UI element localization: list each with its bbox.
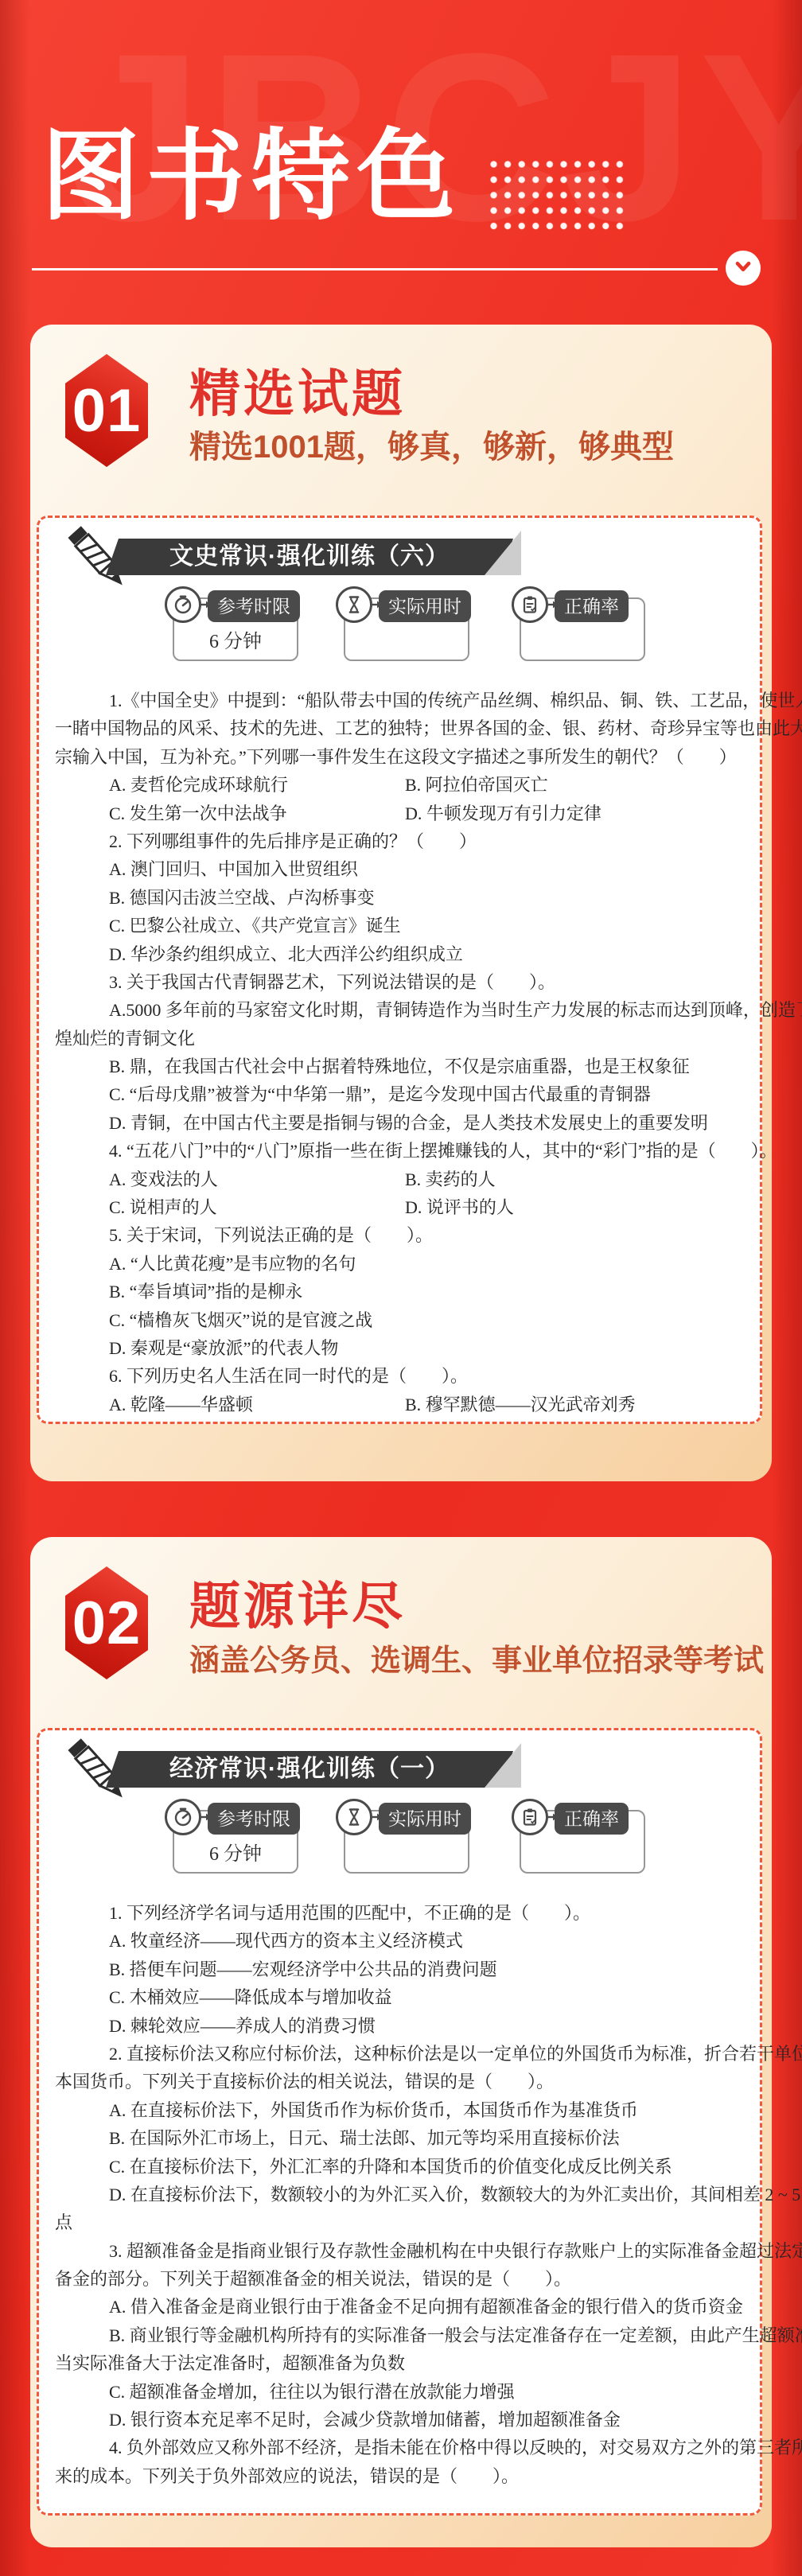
option-col-b: D. 牛顿发现万有引力定律 <box>405 800 601 827</box>
hourglass-icon <box>336 586 372 623</box>
option-col-b: B. 穆罕默德——汉光武帝刘秀 <box>405 1391 636 1418</box>
section-subtitle: 涵盖公务员、选调生、事业单位招录等考试 <box>189 1636 764 1679</box>
question-line: D. 青铜，在中国古代主要是指铜与锡的合金，是人类技术发展史上的重要发明 <box>55 1109 755 1137</box>
question-line: D. 银行资本充足率不足时，会减少贷款增加储蓄，增加超额准备金 <box>55 2406 755 2434</box>
question-line: B. 商业银行等金融机构所持有的实际准备一般会与法定准备存在一定差额，由此产生超… <box>55 2321 755 2349</box>
question-line: 来的成本。下列关于负外部效应的说法，错误的是（ ）。 <box>55 2462 755 2490</box>
question-line: A. 在直接标价法下，外国货币作为标价货币，本国货币作为基准货币 <box>55 2096 755 2124</box>
option-col-a: C. 说相声的人 <box>109 1197 217 1217</box>
timer-icon <box>165 1799 201 1835</box>
question-line: 备金的部分。下列关于超额准备金的相关说法，错误的是（ ）。 <box>55 2265 755 2293</box>
paper-banner-title: 经济常识·强化训练（一） <box>106 1751 513 1788</box>
question-line: A.5000 多年前的马家窑文化时期，青铜铸造作为当时生产力发展的标志而达到顶峰… <box>55 996 755 1024</box>
metric-accuracy: 正确率 <box>520 1810 645 1874</box>
question-line: B. 德国闪击波兰空战、卢沟桥事变 <box>55 884 755 912</box>
question-line: 6. 下列历史名人生活在同一时代的是（ ）。 <box>55 1362 755 1390</box>
question-line: D. 华沙条约组织成立、北大西洋公约组织成立 <box>55 940 755 968</box>
metric-accuracy: 正确率 <box>520 597 645 661</box>
section-title: 精选试题 <box>189 353 406 426</box>
question-line: A. 澳门回归、中国加入世贸组织 <box>55 855 755 883</box>
question-line: D. 棘轮效应——养成人的消费习惯 <box>55 2012 755 2040</box>
option-col-a: A. 变戏法的人 <box>109 1169 218 1189</box>
question-line: 2. 直接标价法又称应付标价法，这种标价法是以一定单位的外国货币为标准，折合若干… <box>55 2040 755 2068</box>
page-title: 图书特色 <box>41 127 461 226</box>
question-line: 点 <box>55 2208 755 2236</box>
metric-time-limit: 参考时限 6 分钟 <box>173 597 298 661</box>
question-line: 1.《中国全史》中提到：“船队带去中国的传统产品丝绸、棉织品、铜、铁、工艺品，使… <box>55 687 755 714</box>
accuracy-icon <box>512 1799 548 1835</box>
metric-label: 参考时限 <box>208 590 300 622</box>
section-subtitle: 精选1001题，够真，够新，够典型 <box>189 422 674 467</box>
section-card-02: 02 题源详尽 涵盖公务员、选调生、事业单位招录等考试 经济常识·强化训练（一） <box>30 1537 772 2547</box>
question-line: 本国货币。下列关于直接标价法的相关说法，错误的是（ ）。 <box>55 2068 755 2095</box>
hourglass-icon <box>336 1799 372 1835</box>
metric-label: 正确率 <box>555 1803 629 1835</box>
section-title: 题源详尽 <box>189 1566 406 1639</box>
question-line: 1. 下列经济学名词与适用范围的匹配中，不正确的是（ ）。 <box>55 1899 755 1927</box>
exam-paper: 经济常识·强化训练（一） 参考时限 6 分钟 实际用时 <box>37 1728 762 2516</box>
question-line: B. “奉旨填词”指的是柳永 <box>55 1278 755 1306</box>
question-line: 5. 关于宋词，下列说法正确的是（ ）。 <box>55 1221 755 1249</box>
metric-actual-time: 实际用时 <box>344 1810 469 1874</box>
scroll-down-button[interactable] <box>726 251 761 286</box>
question-line: A. 变戏法的人B. 卖药的人 <box>55 1165 755 1193</box>
question-line: A. 借入准备金是商业银行由于准备金不足向拥有超额准备金的银行借入的货币资金 <box>55 2293 755 2321</box>
question-line: 2. 下列哪组事件的先后排序是正确的？（ ） <box>55 827 755 855</box>
question-line: 宗输入中国，互为补充。”下列哪一事件发生在这段文字描述之事所发生的朝代？（ ） <box>55 743 755 771</box>
section-card-01: 01 精选试题 精选1001题，够真，够新，够典型 文史常识·强化训练（六） <box>30 325 772 1481</box>
option-col-a: A. 麦哲伦完成环球航行 <box>109 775 288 795</box>
dots-decoration <box>490 161 630 238</box>
question-line: 3. 超额准备金是指商业银行及存款性金融机构在中央银行存款账户上的实际准备金超过… <box>55 2237 755 2265</box>
question-line: D. 秦观是“豪放派”的代表人物 <box>55 1334 755 1362</box>
question-line: A. “人比黄花瘦”是韦应物的名句 <box>55 1250 755 1278</box>
metric-label: 实际用时 <box>379 1803 471 1835</box>
question-line: B. 在国际外汇市场上，日元、瑞士法郎、加元等均采用直接标价法 <box>55 2124 755 2152</box>
promo-page: JBCJY 图书特色 01 精选试题 精选1001题，够真，够新，够典型 <box>0 0 802 2576</box>
question-line: D. 在直接标价法下，数额较小的为外汇买入价，数额较大的为外汇卖出价，其间相差 … <box>55 2181 755 2208</box>
chevron-down-icon <box>733 256 753 281</box>
metric-value: 6 分钟 <box>174 1838 297 1866</box>
metric-label: 实际用时 <box>379 590 471 622</box>
section-number-badge: 01 <box>65 354 148 467</box>
metric-label: 正确率 <box>555 590 629 622</box>
timer-icon <box>165 586 201 623</box>
question-line: A. 麦哲伦完成环球航行B. 阿拉伯帝国灭亡 <box>55 771 755 799</box>
accuracy-icon <box>512 586 548 623</box>
question-line: C. 在直接标价法下，外汇汇率的升降和本国货币的价值变化成反比例关系 <box>55 2153 755 2181</box>
section-number-badge: 02 <box>65 1566 148 1679</box>
exam-paper: 文史常识·强化训练（六） 参考时限 6 分钟 实际用时 <box>37 516 762 1424</box>
question-line: 4. 负外部效应又称外部不经济，是指未能在价格中得以反映的，对交易双方之外的第三… <box>55 2434 755 2461</box>
question-line: C. 巴黎公社成立、《共产党宣言》诞生 <box>55 912 755 940</box>
question-line: C. “后母戊鼎”被誉为“中华第一鼎”，是迄今发现中国古代最重的青铜器 <box>55 1080 755 1108</box>
metric-value: 6 分钟 <box>174 625 297 653</box>
question-line: C. 木桶效应——降低成本与增加收益 <box>55 1983 755 2011</box>
question-line: 3. 关于我国古代青铜器艺术，下列说法错误的是（ ）。 <box>55 968 755 996</box>
question-line: C. 超额准备金增加，往往以为银行潜在放款能力增强 <box>55 2378 755 2406</box>
metric-actual-time: 实际用时 <box>344 597 469 661</box>
section-number: 01 <box>72 376 142 446</box>
metric-time-limit: 参考时限 6 分钟 <box>173 1810 298 1874</box>
question-line: 4. “五花八门”中的“八门”原指一些在街上摆摊赚钱的人，其中的“彩门”指的是（… <box>55 1137 755 1165</box>
metric-label: 参考时限 <box>208 1803 300 1835</box>
option-col-b: B. 卖药的人 <box>405 1165 496 1193</box>
question-line: B. 搭便车问题——宏观经济学中公共品的消费问题 <box>55 1955 755 1983</box>
question-line: 煌灿烂的青铜文化 <box>55 1025 755 1053</box>
header-divider <box>32 268 718 270</box>
question-line: 一睹中国物品的风采、技术的先进、工艺的独特；世界各国的金、银、药材、奇珍异宝等也… <box>55 714 755 742</box>
question-line: C. 发生第一次中法战争D. 牛顿发现万有引力定律 <box>55 800 755 827</box>
option-col-a: C. 发生第一次中法战争 <box>109 804 287 823</box>
question-line: 当实际准备大于法定准备时，超额准备为负数 <box>55 2349 755 2377</box>
question-line: A. 乾隆——华盛顿B. 穆罕默德——汉光武帝刘秀 <box>55 1391 755 1418</box>
question-text: 1.《中国全史》中提到：“船队带去中国的传统产品丝绸、棉织品、铜、铁、工艺品，使… <box>55 687 755 1418</box>
question-line: C. 说相声的人D. 说评书的人 <box>55 1193 755 1221</box>
question-line: B. 鼎，在我国古代社会中占据着特殊地位，不仅是宗庙重器，也是王权象征 <box>55 1053 755 1080</box>
question-text: 1. 下列经济学名词与适用范围的匹配中，不正确的是（ ）。A. 牧童经济——现代… <box>55 1899 755 2490</box>
question-line: A. 牧童经济——现代西方的资本主义经济模式 <box>55 1927 755 1955</box>
paper-banner-title: 文史常识·强化训练（六） <box>106 539 513 575</box>
option-col-b: B. 阿拉伯帝国灭亡 <box>405 771 548 799</box>
option-col-a: A. 乾隆——华盛顿 <box>109 1395 253 1414</box>
section-number: 02 <box>72 1589 142 1658</box>
question-line: C. “樯橹灰飞烟灭”说的是官渡之战 <box>55 1306 755 1334</box>
option-col-b: D. 说评书的人 <box>405 1193 514 1221</box>
